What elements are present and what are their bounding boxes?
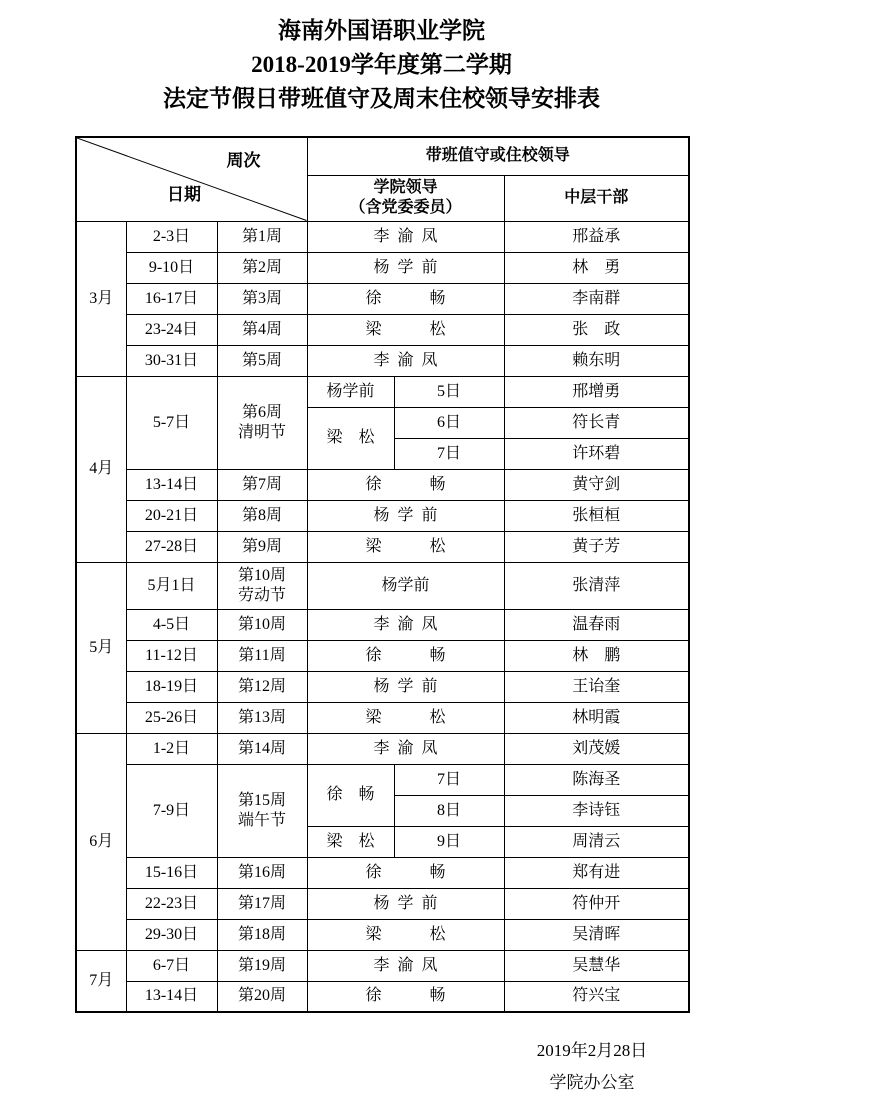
day-cell: 8日 xyxy=(394,795,504,826)
leader-cell: 梁 松 xyxy=(307,407,394,469)
cadre-cell: 许环碧 xyxy=(504,438,689,469)
table-row: 27-28日 第9周 梁 松 黄子芳 xyxy=(76,531,689,562)
day-cell: 7日 xyxy=(394,764,504,795)
week-cell: 第20周 xyxy=(217,981,307,1012)
middle-cadre-header: 中层干部 xyxy=(504,175,689,221)
cadre-cell: 张 政 xyxy=(504,314,689,345)
date-cell: 13-14日 xyxy=(126,981,217,1012)
week-cell: 第16周 xyxy=(217,857,307,888)
table-row: 4月 5-7日 第6周 清明节 杨学前 5日 邢增勇 xyxy=(76,376,689,407)
signature-date: 2019年2月28日 xyxy=(472,1035,712,1067)
month-cell: 7月 xyxy=(76,950,126,1012)
date-cell: 1-2日 xyxy=(126,733,217,764)
leader-cell: 杨 学 前 xyxy=(307,888,504,919)
month-cell: 6月 xyxy=(76,733,126,950)
cadre-cell: 符仲开 xyxy=(504,888,689,919)
table-row: 13-14日 第7周 徐 畅 黄守剑 xyxy=(76,469,689,500)
date-cell: 15-16日 xyxy=(126,857,217,888)
week-cell: 第19周 xyxy=(217,950,307,981)
cadre-cell: 赖东明 xyxy=(504,345,689,376)
cadre-cell: 陈海圣 xyxy=(504,764,689,795)
leader-cell: 杨学前 xyxy=(307,376,394,407)
cadre-cell: 林明霞 xyxy=(504,702,689,733)
week-cell: 第3周 xyxy=(217,283,307,314)
day-cell: 7日 xyxy=(394,438,504,469)
leader-cell: 李 渝 凤 xyxy=(307,221,504,252)
cadre-cell: 刘茂媛 xyxy=(504,733,689,764)
table-row: 5月 5月1日 第10周 劳动节 杨学前 张清萍 xyxy=(76,562,689,609)
table-row: 25-26日 第13周 梁 松 林明霞 xyxy=(76,702,689,733)
leader-cell: 徐 畅 xyxy=(307,857,504,888)
cadre-cell: 林 勇 xyxy=(504,252,689,283)
cadre-cell: 符长青 xyxy=(504,407,689,438)
corner-date-label: 日期 xyxy=(167,184,201,205)
leader-cell: 杨学前 xyxy=(307,562,504,609)
date-cell: 30-31日 xyxy=(126,345,217,376)
date-cell: 22-23日 xyxy=(126,888,217,919)
date-cell: 5月1日 xyxy=(126,562,217,609)
week-cell: 第2周 xyxy=(217,252,307,283)
duty-group-header: 带班值守或住校领导 xyxy=(307,137,689,175)
leader-cell: 徐 畅 xyxy=(307,981,504,1012)
cadre-cell: 林 鹏 xyxy=(504,640,689,671)
week-cell: 第10周 xyxy=(217,609,307,640)
leader-cell: 杨 学 前 xyxy=(307,671,504,702)
table-row: 7月 6-7日 第19周 李 渝 凤 吴慧华 xyxy=(76,950,689,981)
table-subtitle: 法定节假日带班值守及周末住校领导安排表 xyxy=(75,82,688,116)
diagonal-line xyxy=(77,138,307,221)
month-cell: 3月 xyxy=(76,221,126,376)
cadre-cell: 张桓桓 xyxy=(504,500,689,531)
date-cell: 2-3日 xyxy=(126,221,217,252)
week-cell: 第8周 xyxy=(217,500,307,531)
cadre-cell: 张清萍 xyxy=(504,562,689,609)
table-row: 3月 2-3日 第1周 李 渝 凤 邢益承 xyxy=(76,221,689,252)
week-cell: 第7周 xyxy=(217,469,307,500)
day-cell: 5日 xyxy=(394,376,504,407)
date-cell: 13-14日 xyxy=(126,469,217,500)
date-cell: 7-9日 xyxy=(126,764,217,857)
cadre-cell: 符兴宝 xyxy=(504,981,689,1012)
week-cell: 第14周 xyxy=(217,733,307,764)
week-cell: 第4周 xyxy=(217,314,307,345)
leader-cell: 梁 松 xyxy=(307,531,504,562)
leader-cell: 杨 学 前 xyxy=(307,500,504,531)
cadre-cell: 邢益承 xyxy=(504,221,689,252)
week-holiday-cell: 第15周 端午节 xyxy=(217,764,307,857)
table-row: 7-9日 第15周 端午节 徐 畅 7日 陈海圣 xyxy=(76,764,689,795)
date-cell: 5-7日 xyxy=(126,376,217,469)
leader-cell: 李 渝 凤 xyxy=(307,950,504,981)
table-row: 15-16日 第16周 徐 畅 郑有进 xyxy=(76,857,689,888)
signature-block: 2019年2月28日 学院办公室 xyxy=(472,1035,712,1099)
signature-office: 学院办公室 xyxy=(472,1067,712,1099)
date-cell: 11-12日 xyxy=(126,640,217,671)
corner-week-label: 周次 xyxy=(227,150,261,171)
leader-cell: 徐 畅 xyxy=(307,283,504,314)
title-block: 海南外国语职业学院 2018-2019学年度第二学期 法定节假日带班值守及周末住… xyxy=(75,14,688,116)
cadre-cell: 黄守剑 xyxy=(504,469,689,500)
document-page: 海南外国语职业学院 2018-2019学年度第二学期 法定节假日带班值守及周末住… xyxy=(0,0,872,1099)
table-row: 13-14日 第20周 徐 畅 符兴宝 xyxy=(76,981,689,1012)
week-holiday-cell: 第6周 清明节 xyxy=(217,376,307,469)
leader-cell: 李 渝 凤 xyxy=(307,733,504,764)
leader-cell: 梁 松 xyxy=(307,702,504,733)
table-row: 11-12日 第11周 徐 畅 林 鹏 xyxy=(76,640,689,671)
table-row: 20-21日 第8周 杨 学 前 张桓桓 xyxy=(76,500,689,531)
corner-cell: 周次 日期 xyxy=(76,137,307,221)
table-row: 22-23日 第17周 杨 学 前 符仲开 xyxy=(76,888,689,919)
week-cell: 第12周 xyxy=(217,671,307,702)
leader-cell: 梁 松 xyxy=(307,919,504,950)
leader-cell: 徐 畅 xyxy=(307,640,504,671)
date-cell: 27-28日 xyxy=(126,531,217,562)
cadre-cell: 黄子芳 xyxy=(504,531,689,562)
table-row: 16-17日 第3周 徐 畅 李南群 xyxy=(76,283,689,314)
cadre-cell: 郑有进 xyxy=(504,857,689,888)
month-cell: 5月 xyxy=(76,562,126,733)
leader-cell: 杨 学 前 xyxy=(307,252,504,283)
date-cell: 18-19日 xyxy=(126,671,217,702)
table-row: 29-30日 第18周 梁 松 吴清晖 xyxy=(76,919,689,950)
page-title: 海南外国语职业学院 xyxy=(75,14,688,48)
table-row: 30-31日 第5周 李 渝 凤 赖东明 xyxy=(76,345,689,376)
week-cell: 第1周 xyxy=(217,221,307,252)
cadre-cell: 李诗钰 xyxy=(504,795,689,826)
day-cell: 9日 xyxy=(394,826,504,857)
duty-roster-table: 周次 日期 带班值守或住校领导 学院领导 （含党委委员） 中层干部 3月 2-3… xyxy=(75,136,690,1013)
week-holiday-cell: 第10周 劳动节 xyxy=(217,562,307,609)
month-cell: 4月 xyxy=(76,376,126,562)
date-cell: 6-7日 xyxy=(126,950,217,981)
leader-cell: 李 渝 凤 xyxy=(307,609,504,640)
leader-cell: 徐 畅 xyxy=(307,469,504,500)
leader-cell: 梁 松 xyxy=(307,826,394,857)
cadre-cell: 吴慧华 xyxy=(504,950,689,981)
semester-subtitle: 2018-2019学年度第二学期 xyxy=(75,48,688,82)
leader-cell: 徐 畅 xyxy=(307,764,394,826)
week-cell: 第17周 xyxy=(217,888,307,919)
leader-cell: 李 渝 凤 xyxy=(307,345,504,376)
table-row: 23-24日 第4周 梁 松 张 政 xyxy=(76,314,689,345)
week-cell: 第13周 xyxy=(217,702,307,733)
table-row: 18-19日 第12周 杨 学 前 王诒奎 xyxy=(76,671,689,702)
week-cell: 第11周 xyxy=(217,640,307,671)
cadre-cell: 温春雨 xyxy=(504,609,689,640)
date-cell: 23-24日 xyxy=(126,314,217,345)
date-cell: 16-17日 xyxy=(126,283,217,314)
date-cell: 20-21日 xyxy=(126,500,217,531)
cadre-cell: 王诒奎 xyxy=(504,671,689,702)
table-row: 9-10日 第2周 杨 学 前 林 勇 xyxy=(76,252,689,283)
day-cell: 6日 xyxy=(394,407,504,438)
week-cell: 第18周 xyxy=(217,919,307,950)
date-cell: 25-26日 xyxy=(126,702,217,733)
cadre-cell: 邢增勇 xyxy=(504,376,689,407)
date-cell: 9-10日 xyxy=(126,252,217,283)
cadre-cell: 周清云 xyxy=(504,826,689,857)
leader-cell: 梁 松 xyxy=(307,314,504,345)
table-row: 4-5日 第10周 李 渝 凤 温春雨 xyxy=(76,609,689,640)
date-cell: 29-30日 xyxy=(126,919,217,950)
cadre-cell: 李南群 xyxy=(504,283,689,314)
week-cell: 第9周 xyxy=(217,531,307,562)
table-row: 6月 1-2日 第14周 李 渝 凤 刘茂媛 xyxy=(76,733,689,764)
header-row-1: 周次 日期 带班值守或住校领导 xyxy=(76,137,689,175)
week-cell: 第5周 xyxy=(217,345,307,376)
college-leader-header: 学院领导 （含党委委员） xyxy=(307,175,504,221)
cadre-cell: 吴清晖 xyxy=(504,919,689,950)
date-cell: 4-5日 xyxy=(126,609,217,640)
